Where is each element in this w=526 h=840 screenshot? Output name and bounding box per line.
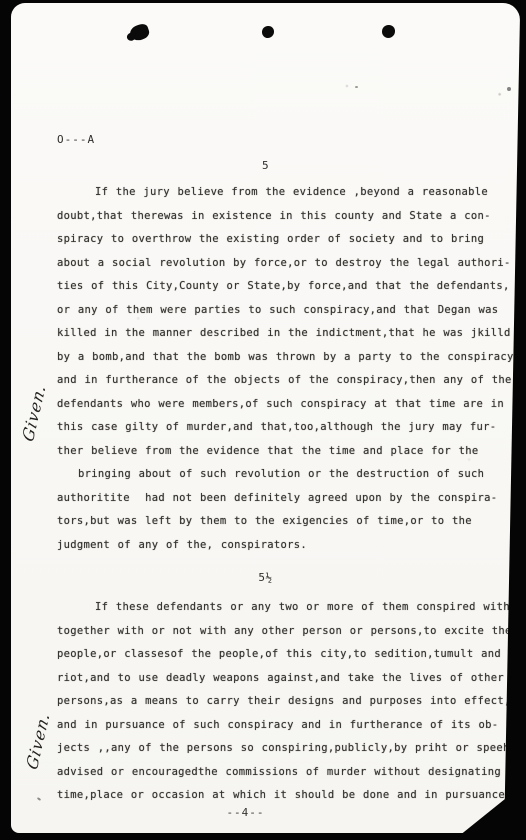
ink-blot-icon — [128, 22, 151, 42]
ink-blot-icon — [262, 26, 274, 38]
text-line: ther believe from the evidence that the … — [57, 440, 509, 464]
paper-speck — [37, 797, 41, 801]
text-line: jects ,,any of the persons so conspiring… — [57, 737, 509, 761]
text-line: killed in the manner described in the in… — [57, 322, 509, 346]
text-line: tors,but was left by them to the exigenc… — [57, 510, 509, 534]
instruction-number: 5½ — [11, 571, 520, 584]
text-line: or any of them were parties to such cons… — [57, 299, 509, 323]
text-line: If the jury believe from the evidence ,b… — [57, 181, 509, 205]
text-line: persons,as a means to carry their design… — [57, 690, 509, 714]
text-line: ties of this City,County or State,by for… — [57, 275, 509, 299]
handwritten-margin-note: Given. — [10, 345, 57, 479]
paper-speck — [507, 87, 511, 91]
text-line: and in furtherance of the objects of the… — [57, 369, 509, 393]
text-line: spiracy to overthrow the existing order … — [57, 228, 509, 252]
text-line: authoritite had not been definitely agre… — [57, 487, 509, 511]
scanned-document-page: O---A 5 If the jury believe from the evi… — [0, 0, 526, 840]
text-line: by a bomb,and that the bomb was thrown b… — [57, 346, 509, 370]
text-line: If these defendants or any two or more o… — [57, 596, 509, 620]
text-line: together with or not with any other pers… — [57, 620, 509, 644]
text-line: this case gilty of murder,and that,too,a… — [57, 416, 509, 440]
text-line: about a social revolution by force,or to… — [57, 252, 509, 276]
text-line: people,or classesof the people,of this c… — [57, 643, 509, 667]
text-line: bringing about of such revolution or the… — [57, 463, 509, 487]
page-number: --4-- — [11, 806, 480, 819]
text-line: judgment of any of the, conspirators. — [57, 534, 509, 558]
instruction-5-text: If the jury believe from the evidence ,b… — [57, 181, 509, 557]
exhibit-marker: O---A — [57, 133, 95, 146]
handwritten-margin-note: Given. — [14, 673, 61, 807]
text-line: time,place or occasion at which it shoul… — [57, 784, 509, 808]
text-line: and in pursuance of such conspiracy and … — [57, 714, 509, 738]
instruction-5half-text: If these defendants or any two or more o… — [57, 596, 509, 808]
text-line: defendants who were members,of such cons… — [57, 393, 509, 417]
text-line: riot,and to use deadly weapons against,a… — [57, 667, 509, 691]
text-line: doubt,that therewas in existence in this… — [57, 205, 509, 229]
paper-speck — [355, 86, 358, 88]
instruction-number: 5 — [11, 159, 520, 172]
paper-sheet: O---A 5 If the jury believe from the evi… — [11, 3, 520, 833]
text-line: advised or encouragedthe commissions of … — [57, 761, 509, 785]
ink-blot-icon — [382, 25, 395, 38]
